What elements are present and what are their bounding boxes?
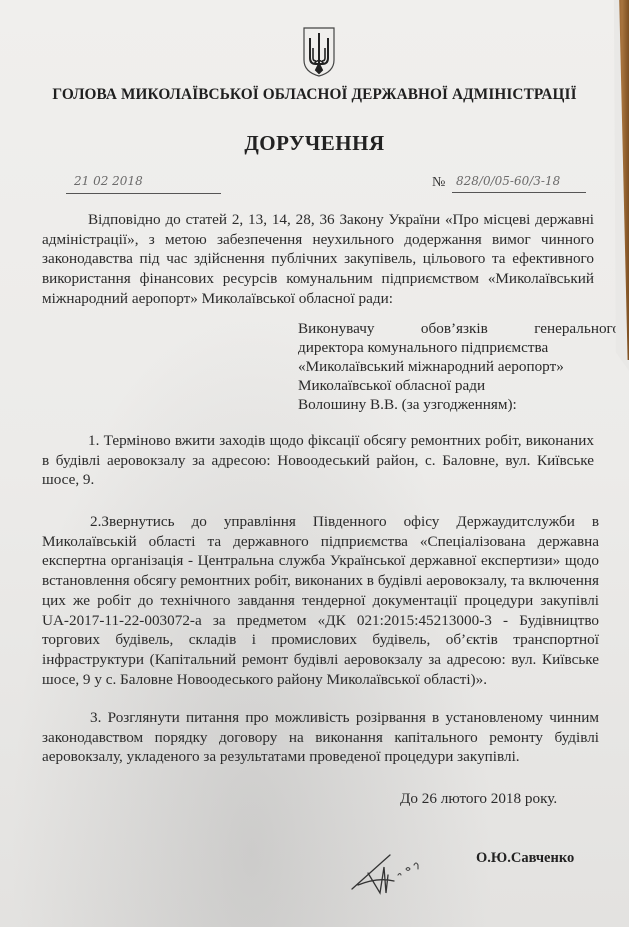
instruction-item-1: 1. Терміново вжити заходів щодо фіксації… — [42, 431, 594, 490]
signature-icon — [350, 845, 440, 900]
organization-title: ГОЛОВА МИКОЛАЇВСЬКОЇ ОБЛАСНОЇ ДЕРЖАВНОЇ … — [0, 86, 629, 104]
document-type-heading: ДОРУЧЕННЯ — [0, 131, 629, 156]
instruction-item-2: 2.Звернутись до управління Південного оф… — [42, 512, 599, 689]
addressee-word: обов’язків — [421, 319, 488, 338]
addressee-block: Виконувачу обов’язків генерального дирек… — [298, 319, 620, 414]
number-handwritten: 828/0/05-60/3-18 — [456, 174, 560, 188]
instruction-item-3: 3. Розглянути питання про можливість роз… — [42, 708, 599, 767]
addressee-line-5: Волошину В.В. (за узгодженням): — [298, 395, 620, 414]
addressee-line-3: «Миколаївський міжнародний аеропорт» — [298, 357, 620, 376]
registration-number-field: № 828/0/05-60/3-18 — [432, 171, 592, 193]
addressee-line-2: директора комунального підприємства — [298, 338, 620, 357]
addressee-word: генерального — [534, 319, 620, 338]
addressee-line-1: Виконувачу обов’язків генерального — [298, 319, 620, 338]
trident-emblem-icon — [302, 26, 336, 78]
document-page: ГОЛОВА МИКОЛАЇВСЬКОЇ ОБЛАСНОЇ ДЕРЖАВНОЇ … — [0, 0, 629, 927]
date-field: 21 02 2018 — [66, 171, 221, 194]
deadline-text: До 26 лютого 2018 року. — [400, 790, 557, 808]
number-sign: № — [432, 175, 445, 191]
signer-name: О.Ю.Савченко — [476, 850, 574, 867]
wooden-table-edge — [615, 0, 629, 360]
number-underline: 828/0/05-60/3-18 — [452, 171, 586, 193]
date-handwritten: 21 02 2018 — [74, 174, 143, 188]
addressee-word: Виконувачу — [298, 319, 375, 338]
addressee-line-4: Миколаївської обласної ради — [298, 376, 620, 395]
intro-paragraph: Відповідно до статей 2, 13, 14, 28, 36 З… — [42, 210, 594, 309]
